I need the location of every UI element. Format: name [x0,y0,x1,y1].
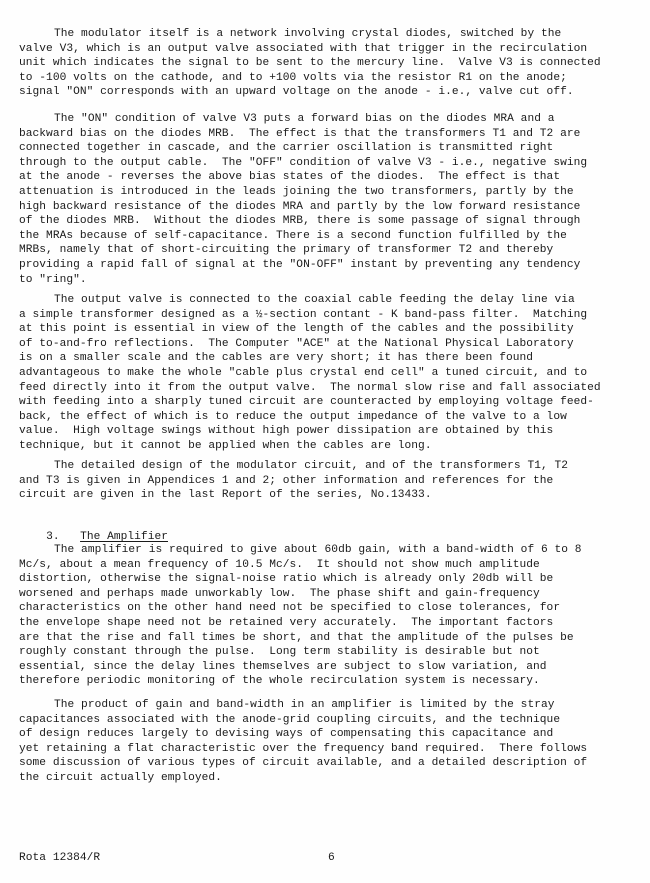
text-line: The modulator itself is a network involv… [19,27,639,42]
text-line: roughly constant through the pulse. Long… [19,645,639,660]
text-line: of the diodes MRB. Without the diodes MR… [19,214,639,229]
text-line: to -100 volts on the cathode, and to +10… [19,71,639,86]
paragraph-gain-bandwidth: The product of gain and band-width in an… [19,698,639,786]
section-heading: 3.The Amplifier [19,515,168,530]
text-line: The amplifier is required to give about … [19,543,639,558]
text-line: feed directly into it from the output va… [19,381,639,396]
text-line: are that the rise and fall times be shor… [19,631,639,646]
paragraph-output-valve: The output valve is connected to the coa… [19,293,639,454]
paragraph-on-condition: The "ON" condition of valve V3 puts a fo… [19,112,639,287]
text-line: value. High voltage swings without high … [19,424,639,439]
text-line: valve V3, which is an output valve assoc… [19,42,639,57]
text-line: of design reduces largely to devising wa… [19,727,639,742]
text-line: Mc/s, about a mean frequency of 10.5 Mc/… [19,558,639,573]
text-line: the envelope shape need not be retained … [19,616,639,631]
text-line: the circuit actually employed. [19,771,639,786]
text-line: attenuation is introduced in the leads j… [19,185,639,200]
text-line: circuit are given in the last Report of … [19,488,639,503]
text-line: signal "ON" corresponds with an upward v… [19,85,639,100]
document-reference: Rota 12384/R [19,851,100,866]
text-line: The detailed design of the modulator cir… [19,459,639,474]
text-line: a simple transformer designed as a ½-sec… [19,308,639,323]
text-line: MRBs, namely that of short-circuiting th… [19,243,639,258]
text-line: back, the effect of which is to reduce t… [19,410,639,425]
text-line: therefore periodic monitoring of the who… [19,674,639,689]
page-number: 6 [328,851,335,866]
text-line: worsened and perhaps made unworkably low… [19,587,639,602]
text-line: the MRAs because of self-capacitance. Th… [19,229,639,244]
text-line: yet retaining a flat characteristic over… [19,742,639,757]
text-line: connected together in cascade, and the c… [19,141,639,156]
text-line: with feeding into a sharply tuned circui… [19,395,639,410]
text-line: The product of gain and band-width in an… [19,698,639,713]
text-line: and T3 is given in Appendices 1 and 2; o… [19,474,639,489]
text-line: at this point is essential in view of th… [19,322,639,337]
paragraph-amplifier-requirements: The amplifier is required to give about … [19,543,639,689]
text-line: advantageous to make the whole "cable pl… [19,366,639,381]
paragraph-modulator: The modulator itself is a network involv… [19,27,639,100]
text-line: to "ring". [19,273,639,288]
paragraph-detailed-design: The detailed design of the modulator cir… [19,459,639,503]
text-line: at the anode - reverses the above bias s… [19,170,639,185]
text-line: providing a rapid fall of signal at the … [19,258,639,273]
text-line: some discussion of various types of circ… [19,756,639,771]
text-line: is on a smaller scale and the cables are… [19,351,639,366]
text-line: through to the output cable. The "OFF" c… [19,156,639,171]
document-page: The modulator itself is a network involv… [0,0,650,883]
text-line: of to-and-fro reflections. The Computer … [19,337,639,352]
text-line: The "ON" condition of valve V3 puts a fo… [19,112,639,127]
text-line: high backward resistance of the diodes M… [19,200,639,215]
text-line: essential, since the delay lines themsel… [19,660,639,675]
text-line: capacitances associated with the anode-g… [19,713,639,728]
text-line: characteristics on the other hand need n… [19,601,639,616]
text-line: unit which indicates the signal to be se… [19,56,639,71]
text-line: The output valve is connected to the coa… [19,293,639,308]
section-title: The Amplifier [80,531,168,543]
text-line: technique, but it cannot be applied when… [19,439,639,454]
text-line: distortion, otherwise the signal-noise r… [19,572,639,587]
text-line: backward bias on the diodes MRB. The eff… [19,127,639,142]
